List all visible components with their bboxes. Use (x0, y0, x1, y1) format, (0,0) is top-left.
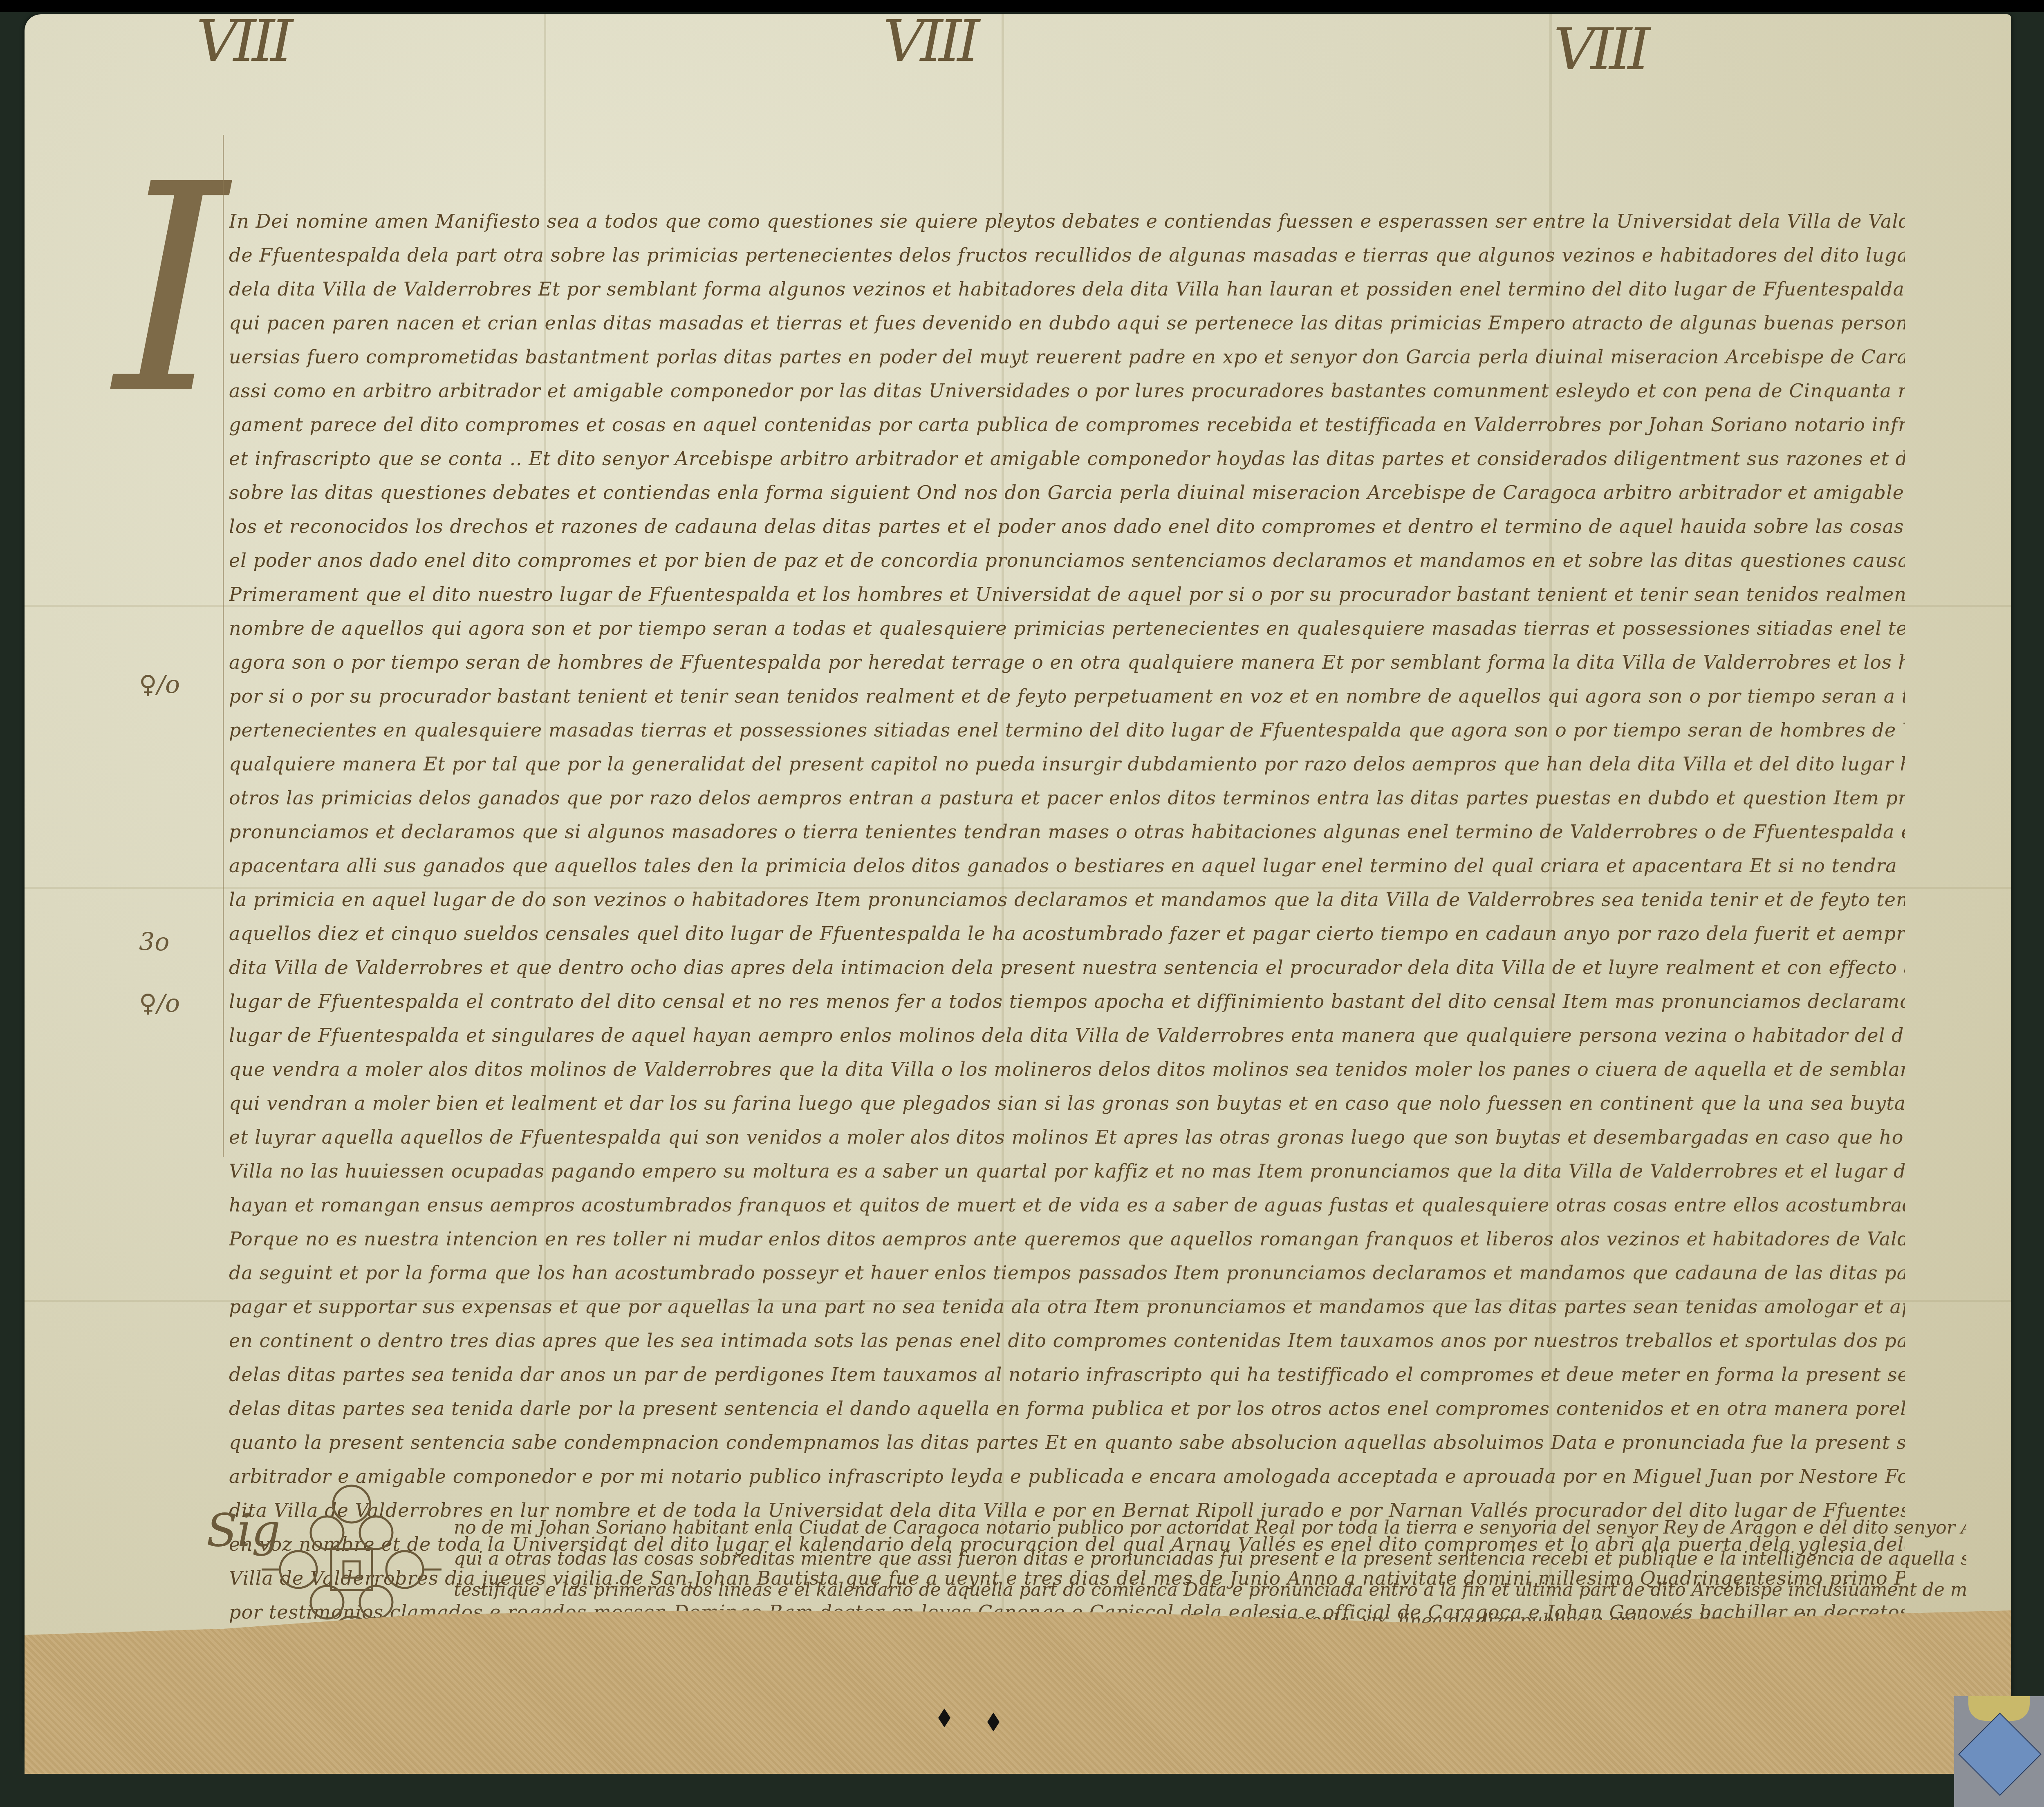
text-line: da seguint et por la forma que los han a… (229, 1256, 1905, 1290)
top-mark: VIII (1553, 16, 1646, 83)
text-line: agora son o por tiempo seran de hombres … (229, 645, 1905, 679)
text-line: Villa no las huuiessen ocupadas pagando … (229, 1154, 1905, 1188)
text-line: el poder anos dado enel dito compromes e… (229, 544, 1905, 578)
text-line: pagar et supportar sus expensas et que p… (229, 1290, 1905, 1324)
text-line: qualquiere manera Et por tal que por la … (229, 747, 1905, 781)
text-line: apacentara alli sus ganados que aquellos… (229, 849, 1905, 883)
top-mark: VIII (883, 8, 976, 75)
text-line: la primicia en aquel lugar de do son vez… (229, 883, 1905, 917)
notary-line: qui a otras todas las cosas sobreditas m… (454, 1543, 1966, 1574)
top-mark: VIII (196, 8, 289, 75)
notary-line: no de mi Johan Soriano habitant enla Ciu… (454, 1512, 1966, 1543)
text-line: In Dei nomine amen Manifiesto sea a todo… (229, 204, 1905, 238)
text-line: assi como en arbitro arbitrador et amiga… (229, 374, 1905, 408)
margin-note: ♀/o (139, 670, 180, 699)
charter-text: In Dei nomine amen Manifiesto sea a todo… (229, 204, 1905, 1663)
text-line: dita Villa de Valderrobres et que dentro… (229, 951, 1905, 985)
text-line: pronunciamos et declaramos que si alguno… (229, 815, 1905, 849)
initial-stem (223, 135, 224, 1157)
margin-note: ♀/o (139, 989, 180, 1018)
text-line: et infrascripto que se conta .. Et dito … (229, 442, 1905, 476)
notary-line: testifique e las primeras dos lineas e e… (454, 1574, 1966, 1605)
coat-of-arms-icon (1954, 1696, 2044, 1807)
decorated-initial: I (114, 147, 228, 433)
text-line: que vendra a moler alos ditos molinos de… (229, 1052, 1905, 1086)
text-line: delas ditas partes sea tenida darle por … (229, 1392, 1905, 1426)
text-line: por si o por su procurador bastant tenie… (229, 679, 1905, 713)
text-line: de Ffuentespalda dela part otra sobre la… (229, 238, 1905, 272)
text-line: nombre de aquellos qui agora son et por … (229, 611, 1905, 645)
text-line: sobre las ditas questiones debates et co… (229, 476, 1905, 510)
text-line: delas ditas partes sea tenida dar anos u… (229, 1358, 1905, 1392)
text-line: en continent o dentro tres dias apres qu… (229, 1324, 1905, 1358)
text-line: Porque no es nuestra intencion en res to… (229, 1222, 1905, 1256)
text-line: pertenecientes en qualesquiere masadas t… (229, 713, 1905, 747)
text-line: los et reconocidos los drechos et razone… (229, 510, 1905, 544)
text-line: qui vendran a moler bien et lealment et … (229, 1086, 1905, 1120)
text-line: et luyrar aquella aquellos de Ffuentespa… (229, 1120, 1905, 1154)
lozenge-shield-icon (1958, 1713, 2042, 1796)
text-line: lugar de Ffuentespalda et singulares de … (229, 1019, 1905, 1052)
text-line: uersias fuero comprometidas bastantment … (229, 340, 1905, 374)
text-line: arbitrador e amigable componedor e por m… (229, 1460, 1905, 1494)
text-line: otros las primicias delos ganados que po… (229, 781, 1905, 815)
text-line: quanto la present sentencia sabe condemp… (229, 1426, 1905, 1460)
margin-note: 3o (139, 928, 169, 956)
text-line: gament parece del dito compromes et cosa… (229, 408, 1905, 442)
text-line: dela dita Villa de Valderrobres Et por s… (229, 272, 1905, 306)
plica-fold (25, 1610, 2011, 1774)
text-line: aquellos diez et cinquo sueldos censales… (229, 917, 1905, 951)
text-line: lugar de Ffuentespalda el contrato del d… (229, 985, 1905, 1019)
text-line: hayan et romangan ensus aempros acostumb… (229, 1188, 1905, 1222)
signum-label: Sig (206, 1504, 280, 1556)
text-line: qui pacen paren nacen et crian enlas dit… (229, 306, 1905, 340)
text-line: Primerament que el dito nuestro lugar de… (229, 578, 1905, 611)
